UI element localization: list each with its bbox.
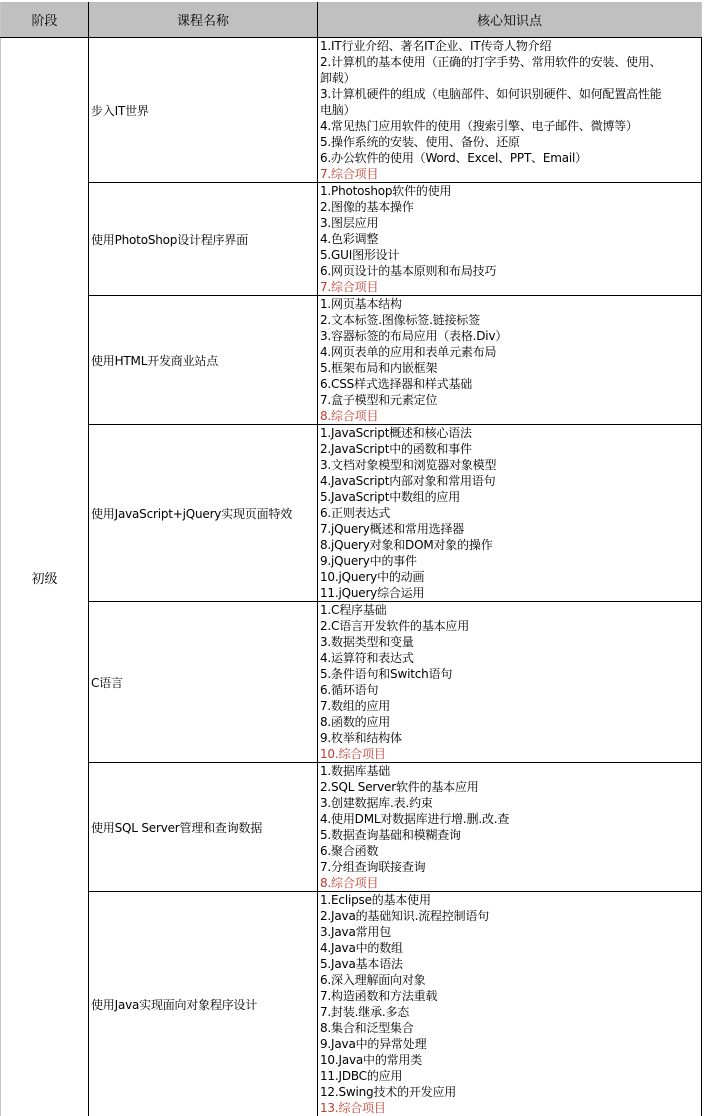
table-row: 初级 步入IT世界 1.IT行业介绍、著名IT企业、IT传奇人物介绍2.计算机的… — [1, 38, 702, 183]
knowledge-point: 10.Java中的常用类 — [320, 1052, 701, 1068]
points-list: 1.IT行业介绍、著名IT企业、IT传奇人物介绍2.计算机的基本使用（正确的打字… — [320, 38, 701, 182]
core-points-cell: 1.JavaScript概述和核心语法2.JavaScript中的函数和事件3.… — [318, 425, 702, 602]
knowledge-point: 4.运算符和表达式 — [320, 650, 701, 666]
knowledge-point: 2.图像的基本操作 — [320, 199, 701, 215]
core-points-cell: 1.Photoshop软件的使用2.图像的基本操作3.图层应用4.色彩调整5.G… — [318, 183, 702, 296]
knowledge-point: 2.JavaScript中的函数和事件 — [320, 441, 701, 457]
header-course-name: 课程名称 — [89, 2, 318, 38]
knowledge-point: 7.数组的应用 — [320, 698, 701, 714]
knowledge-point: 4.JavaScript内部对象和常用语句 — [320, 473, 701, 489]
curriculum-table: 阶段 课程名称 核心知识点 初级 步入IT世界 1.IT行业介绍、著名IT企业、… — [0, 2, 702, 1116]
knowledge-point: 1.C程序基础 — [320, 602, 701, 618]
header-stage: 阶段 — [1, 2, 89, 38]
knowledge-point: 4.使用DML对数据库进行增.删.改.查 — [320, 811, 701, 827]
header-row: 阶段 课程名称 核心知识点 — [1, 2, 702, 38]
course-name-cell: 使用SQL Server管理和查询数据 — [89, 763, 318, 892]
core-points-cell: 1.IT行业介绍、著名IT企业、IT传奇人物介绍2.计算机的基本使用（正确的打字… — [318, 38, 702, 183]
knowledge-point: 5.数据查询基础和模糊查询 — [320, 827, 701, 843]
knowledge-point: 5.框架布局和内嵌框架 — [320, 360, 701, 376]
knowledge-point: 卸载） — [320, 70, 701, 86]
knowledge-point: 2.文本标签.图像标签.链接标签 — [320, 312, 701, 328]
knowledge-point: 10.综合项目 — [320, 746, 701, 762]
knowledge-point: 6.网页设计的基本原则和布局技巧 — [320, 263, 701, 279]
knowledge-point: 7.封装.继承.多态 — [320, 1004, 701, 1020]
course-name-cell: 使用PhotoShop设计程序界面 — [89, 183, 318, 296]
table-row: 使用HTML开发商业站点 1.网页基本结构2.文本标签.图像标签.链接标签3.容… — [1, 296, 702, 425]
knowledge-point: 6.深入理解面向对象 — [320, 972, 701, 988]
course-name-cell: C语言 — [89, 602, 318, 763]
knowledge-point: 1.JavaScript概述和核心语法 — [320, 425, 701, 441]
knowledge-point: 8.集合和泛型集合 — [320, 1020, 701, 1036]
table-body: 初级 步入IT世界 1.IT行业介绍、著名IT企业、IT传奇人物介绍2.计算机的… — [1, 38, 702, 1116]
knowledge-point: 6.聚合函数 — [320, 843, 701, 859]
knowledge-point: 5.GUI图形设计 — [320, 247, 701, 263]
knowledge-point: 7.分组查询联接查询 — [320, 859, 701, 875]
knowledge-point: 4.网页表单的应用和表单元素布局 — [320, 344, 701, 360]
course-name-cell: 使用Java实现面向对象程序设计 — [89, 892, 318, 1116]
header-core-points: 核心知识点 — [318, 2, 702, 38]
knowledge-point: 电脑） — [320, 102, 701, 118]
table-row: 使用JavaScript+jQuery实现页面特效 1.JavaScript概述… — [1, 425, 702, 602]
knowledge-point: 12.Swing技术的开发应用 — [320, 1084, 701, 1100]
points-list: 1.JavaScript概述和核心语法2.JavaScript中的函数和事件3.… — [320, 425, 701, 601]
knowledge-point: 7.构造函数和方法重载 — [320, 988, 701, 1004]
knowledge-point: 3.图层应用 — [320, 215, 701, 231]
knowledge-point: 8.综合项目 — [320, 408, 701, 424]
knowledge-point: 4.色彩调整 — [320, 231, 701, 247]
knowledge-point: 2.C语言开发软件的基本应用 — [320, 618, 701, 634]
table-row: 使用SQL Server管理和查询数据 1.数据库基础2.SQL Server软… — [1, 763, 702, 892]
knowledge-point: 9.jQuery中的事件 — [320, 553, 701, 569]
knowledge-point: 11.JDBC的应用 — [320, 1068, 701, 1084]
knowledge-point: 7.盒子模型和元素定位 — [320, 392, 701, 408]
knowledge-point: 8.jQuery对象和DOM对象的操作 — [320, 537, 701, 553]
core-points-cell: 1.C程序基础2.C语言开发软件的基本应用3.数据类型和变量4.运算符和表达式5… — [318, 602, 702, 763]
knowledge-point: 9.枚举和结构体 — [320, 730, 701, 746]
knowledge-point: 8.综合项目 — [320, 875, 701, 891]
knowledge-point: 11.jQuery综合运用 — [320, 585, 701, 601]
curriculum-sheet: 阶段 课程名称 核心知识点 初级 步入IT世界 1.IT行业介绍、著名IT企业、… — [0, 2, 701, 1116]
table-row: 使用PhotoShop设计程序界面 1.Photoshop软件的使用2.图像的基… — [1, 183, 702, 296]
course-name-cell: 使用HTML开发商业站点 — [89, 296, 318, 425]
knowledge-point: 1.IT行业介绍、著名IT企业、IT传奇人物介绍 — [320, 38, 701, 54]
knowledge-point: 1.Photoshop软件的使用 — [320, 183, 701, 199]
course-name-cell: 使用JavaScript+jQuery实现页面特效 — [89, 425, 318, 602]
points-list: 1.C程序基础2.C语言开发软件的基本应用3.数据类型和变量4.运算符和表达式5… — [320, 602, 701, 762]
knowledge-point: 7.综合项目 — [320, 166, 701, 182]
knowledge-point: 1.网页基本结构 — [320, 296, 701, 312]
knowledge-point: 3.数据类型和变量 — [320, 634, 701, 650]
knowledge-point: 10.jQuery中的动画 — [320, 569, 701, 585]
knowledge-point: 1.Eclipse的基本使用 — [320, 892, 701, 908]
core-points-cell: 1.Eclipse的基本使用2.Java的基础知识.流程控制语句3.Java常用… — [318, 892, 702, 1116]
knowledge-point: 6.正则表达式 — [320, 505, 701, 521]
points-list: 1.数据库基础2.SQL Server软件的基本应用3.创建数据库.表.约束4.… — [320, 763, 701, 891]
knowledge-point: 1.数据库基础 — [320, 763, 701, 779]
knowledge-point: 4.常见热门应用软件的使用（搜索引擎、电子邮件、微博等） — [320, 118, 701, 134]
knowledge-point: 3.文档对象模型和浏览器对象模型 — [320, 457, 701, 473]
table-row: 使用Java实现面向对象程序设计 1.Eclipse的基本使用2.Java的基础… — [1, 892, 702, 1116]
core-points-cell: 1.网页基本结构2.文本标签.图像标签.链接标签3.容器标签的布局应用（表格.D… — [318, 296, 702, 425]
knowledge-point: 3.Java常用包 — [320, 924, 701, 940]
knowledge-point: 3.计算机硬件的组成（电脑部件、如何识别硬件、如何配置高性能 — [320, 86, 701, 102]
knowledge-point: 3.容器标签的布局应用（表格.Div） — [320, 328, 701, 344]
knowledge-point: 9.Java中的异常处理 — [320, 1036, 701, 1052]
stage-cell: 初级 — [1, 38, 89, 1116]
table-row: C语言 1.C程序基础2.C语言开发软件的基本应用3.数据类型和变量4.运算符和… — [1, 602, 702, 763]
knowledge-point: 6.CSS样式选择器和样式基础 — [320, 376, 701, 392]
knowledge-point: 5.条件语句和Switch语句 — [320, 666, 701, 682]
knowledge-point: 5.JavaScript中数组的应用 — [320, 489, 701, 505]
knowledge-point: 4.Java中的数组 — [320, 940, 701, 956]
knowledge-point: 7.jQuery概述和常用选择器 — [320, 521, 701, 537]
course-name-cell: 步入IT世界 — [89, 38, 318, 183]
knowledge-point: 8.函数的应用 — [320, 714, 701, 730]
points-list: 1.网页基本结构2.文本标签.图像标签.链接标签3.容器标签的布局应用（表格.D… — [320, 296, 701, 424]
knowledge-point: 13.综合项目 — [320, 1100, 701, 1116]
knowledge-point: 6.循环语句 — [320, 682, 701, 698]
knowledge-point: 2.Java的基础知识.流程控制语句 — [320, 908, 701, 924]
knowledge-point: 2.SQL Server软件的基本应用 — [320, 779, 701, 795]
knowledge-point: 5.Java基本语法 — [320, 956, 701, 972]
knowledge-point: 5.操作系统的安装、使用、备份、还原 — [320, 134, 701, 150]
knowledge-point: 6.办公软件的使用（Word、Excel、PPT、Email） — [320, 150, 701, 166]
knowledge-point: 2.计算机的基本使用（正确的打字手势、常用软件的安装、使用、 — [320, 54, 701, 70]
knowledge-point: 3.创建数据库.表.约束 — [320, 795, 701, 811]
core-points-cell: 1.数据库基础2.SQL Server软件的基本应用3.创建数据库.表.约束4.… — [318, 763, 702, 892]
points-list: 1.Photoshop软件的使用2.图像的基本操作3.图层应用4.色彩调整5.G… — [320, 183, 701, 295]
points-list: 1.Eclipse的基本使用2.Java的基础知识.流程控制语句3.Java常用… — [320, 892, 701, 1116]
knowledge-point: 7.综合项目 — [320, 279, 701, 295]
